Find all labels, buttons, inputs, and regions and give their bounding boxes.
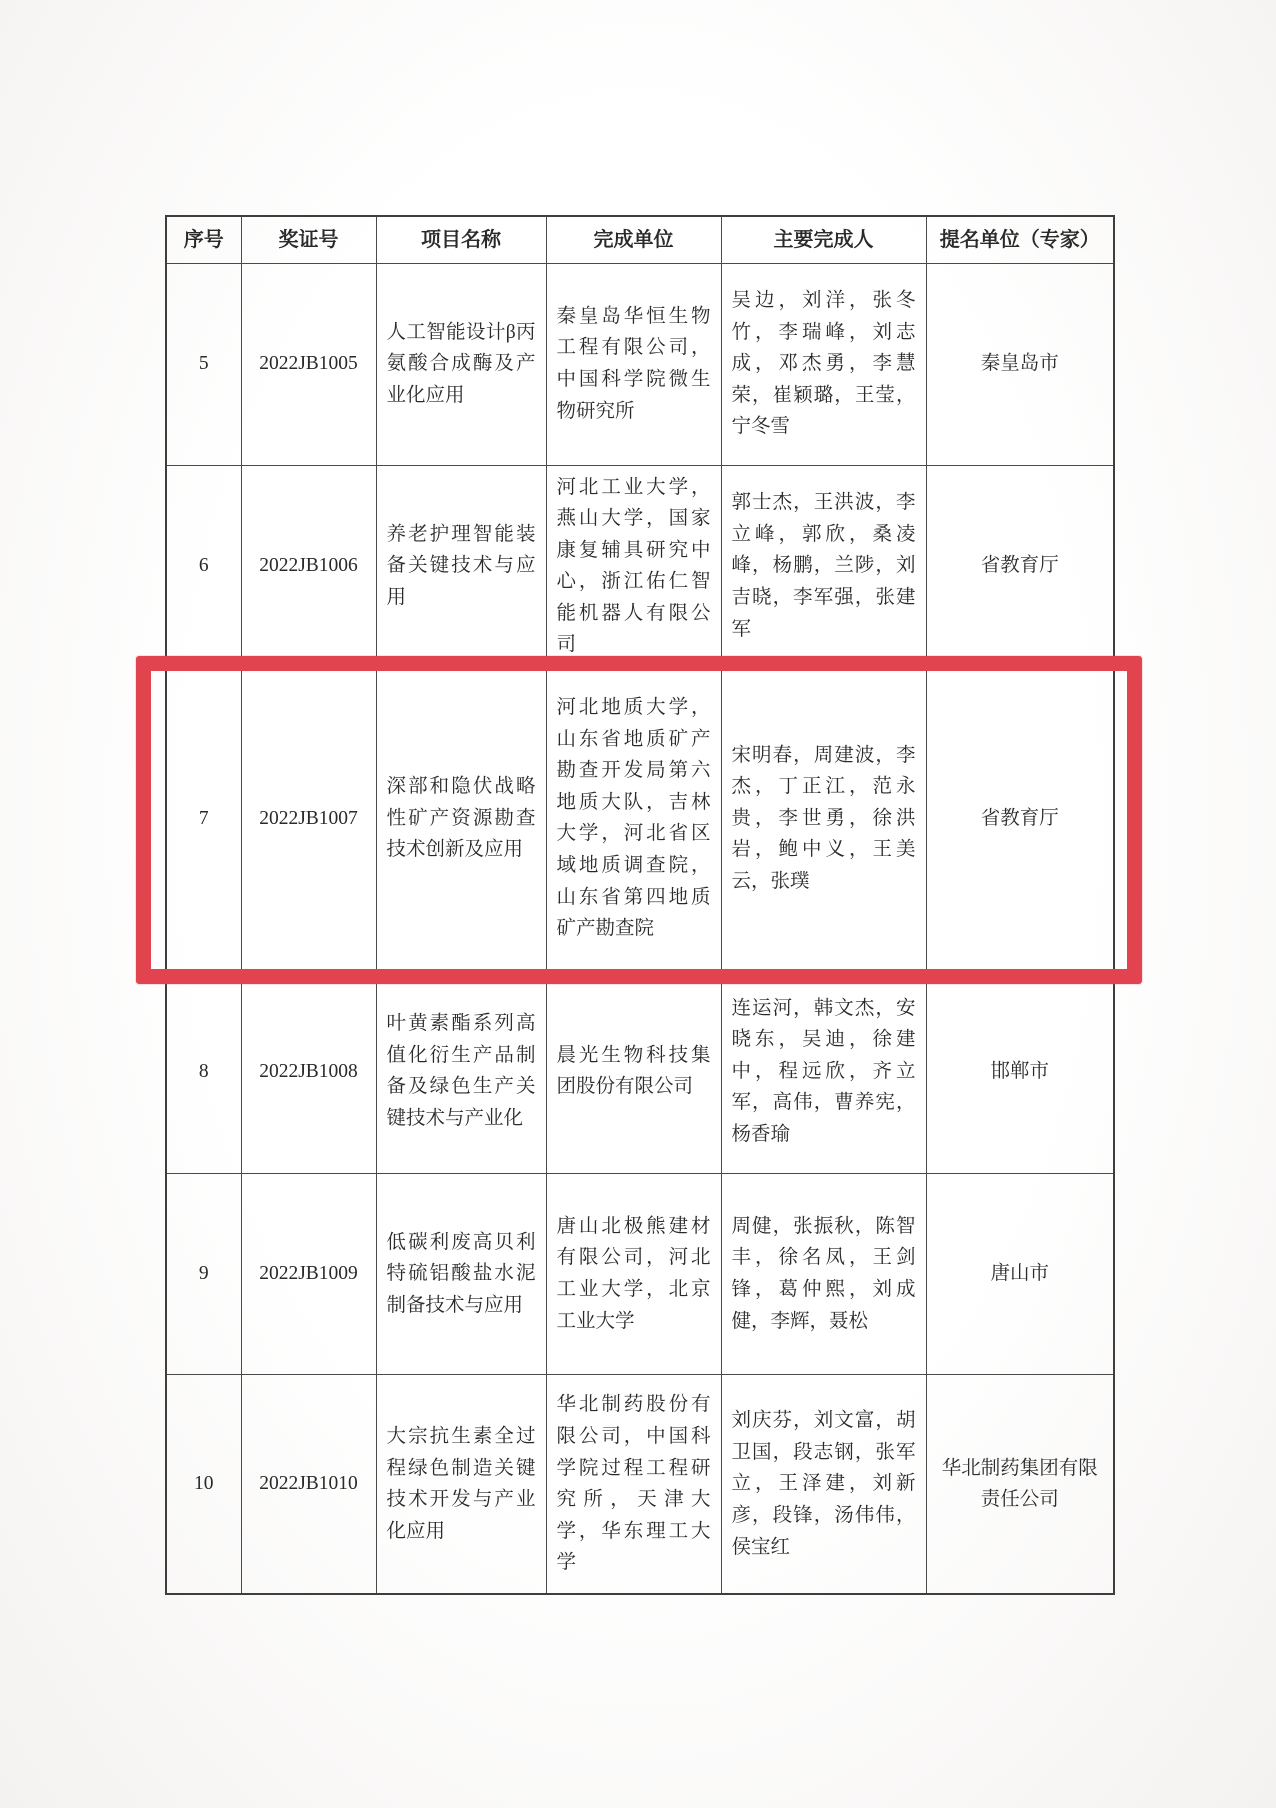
- cell-org: 河北工业大学，燕山大学，国家康复辅具研究中心，浙江佑仁智能机器人有限公司: [546, 465, 721, 667]
- table-row: 8 2022JB1008 叶黄素酯系列高值化衍生产品制备及绿色生产关键技术与产业…: [166, 969, 1114, 1173]
- cell-project: 低碳利废高贝利特硫铝酸盐水泥制备技术与应用: [376, 1173, 546, 1374]
- col-header-people: 主要完成人: [721, 216, 926, 263]
- cell-project: 叶黄素酯系列高值化衍生产品制备及绿色生产关键技术与产业化: [376, 969, 546, 1173]
- document-page: 序号 奖证号 项目名称 完成单位 主要完成人 提名单位（专家） 5 2022JB…: [0, 0, 1276, 1808]
- cell-serial: 10: [166, 1374, 241, 1594]
- award-table: 序号 奖证号 项目名称 完成单位 主要完成人 提名单位（专家） 5 2022JB…: [165, 215, 1115, 1595]
- cell-serial: 9: [166, 1173, 241, 1374]
- cell-people: 郭士杰，王洪波，李立峰，郭欣，桑凌峰，杨鹏，兰陟，刘吉晓，李军强，张建军: [721, 465, 926, 667]
- col-header-nominator: 提名单位（专家）: [926, 216, 1114, 263]
- cell-org: 华北制药股份有限公司，中国科学院过程工程研究所，天津大学，华东理工大学: [546, 1374, 721, 1594]
- cell-nominator: 秦皇岛市: [926, 263, 1114, 465]
- cell-serial: 8: [166, 969, 241, 1173]
- cell-org: 晨光生物科技集团股份有限公司: [546, 969, 721, 1173]
- table-row: 10 2022JB1010 大宗抗生素全过程绿色制造关键技术开发与产业化应用 华…: [166, 1374, 1114, 1594]
- cell-nominator: 省教育厅: [926, 465, 1114, 667]
- cell-org: 河北地质大学，山东省地质矿产勘查开发局第六地质大队，吉林大学，河北省区域地质调查…: [546, 667, 721, 969]
- col-header-org: 完成单位: [546, 216, 721, 263]
- table-row-highlighted: 7 2022JB1007 深部和隐伏战略性矿产资源勘查技术创新及应用 河北地质大…: [166, 667, 1114, 969]
- cell-nominator: 华北制药集团有限责任公司: [926, 1374, 1114, 1594]
- cell-nominator: 唐山市: [926, 1173, 1114, 1374]
- table-header-row: 序号 奖证号 项目名称 完成单位 主要完成人 提名单位（专家）: [166, 216, 1114, 263]
- cell-cert: 2022JB1007: [241, 667, 376, 969]
- cell-project: 养老护理智能装备关键技术与应用: [376, 465, 546, 667]
- table-row: 5 2022JB1005 人工智能设计β丙氨酸合成酶及产业化应用 秦皇岛华恒生物…: [166, 263, 1114, 465]
- cell-people: 吴边，刘洋，张冬竹，李瑞峰，刘志成，邓杰勇，李慧荣，崔颖璐，王莹，宁冬雪: [721, 263, 926, 465]
- cell-people: 刘庆芬，刘文富，胡卫国，段志钢，张军立，王泽建，刘新彦，段锋，汤伟伟，侯宝红: [721, 1374, 926, 1594]
- col-header-cert: 奖证号: [241, 216, 376, 263]
- cell-serial: 5: [166, 263, 241, 465]
- cell-people: 周健，张振秋，陈智丰，徐名凤，王剑锋，葛仲熙，刘成健，李辉，聂松: [721, 1173, 926, 1374]
- cell-cert: 2022JB1010: [241, 1374, 376, 1594]
- cell-serial: 6: [166, 465, 241, 667]
- col-header-project: 项目名称: [376, 216, 546, 263]
- cell-project: 大宗抗生素全过程绿色制造关键技术开发与产业化应用: [376, 1374, 546, 1594]
- cell-cert: 2022JB1008: [241, 969, 376, 1173]
- cell-cert: 2022JB1006: [241, 465, 376, 667]
- cell-cert: 2022JB1009: [241, 1173, 376, 1374]
- table-row: 6 2022JB1006 养老护理智能装备关键技术与应用 河北工业大学，燕山大学…: [166, 465, 1114, 667]
- table-row: 9 2022JB1009 低碳利废高贝利特硫铝酸盐水泥制备技术与应用 唐山北极熊…: [166, 1173, 1114, 1374]
- cell-serial: 7: [166, 667, 241, 969]
- cell-org: 秦皇岛华恒生物工程有限公司，中国科学院微生物研究所: [546, 263, 721, 465]
- cell-project: 深部和隐伏战略性矿产资源勘查技术创新及应用: [376, 667, 546, 969]
- cell-people: 宋明春，周建波，李杰，丁正江，范永贵，李世勇，徐洪岩，鲍中义，王美云，张璞: [721, 667, 926, 969]
- cell-people: 连运河，韩文杰，安晓东，吴迪，徐建中，程远欣，齐立军，高伟，曹养宪，杨香瑜: [721, 969, 926, 1173]
- cell-org: 唐山北极熊建材有限公司，河北工业大学，北京工业大学: [546, 1173, 721, 1374]
- col-header-serial: 序号: [166, 216, 241, 263]
- cell-cert: 2022JB1005: [241, 263, 376, 465]
- cell-project: 人工智能设计β丙氨酸合成酶及产业化应用: [376, 263, 546, 465]
- cell-nominator: 省教育厅: [926, 667, 1114, 969]
- cell-nominator: 邯郸市: [926, 969, 1114, 1173]
